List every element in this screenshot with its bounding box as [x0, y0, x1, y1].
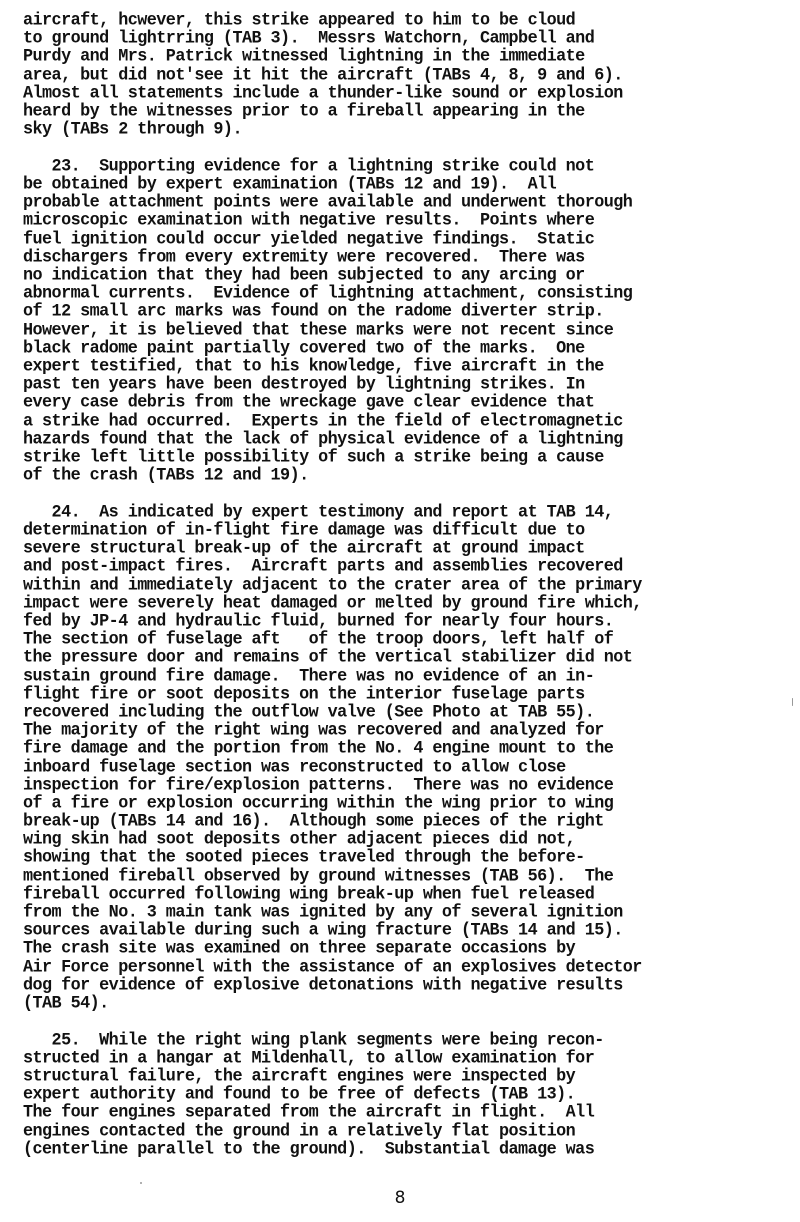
- paragraph-24: 24. As indicated by expert testimony and…: [23, 504, 793, 1013]
- text-line: the pressure door and remains of the ver…: [23, 649, 793, 668]
- text-line: sustain ground fire damage. There was no…: [23, 668, 793, 687]
- text-line: showing that the sooted pieces traveled …: [23, 849, 793, 868]
- text-line: within and immediately adjacent to the c…: [23, 577, 793, 596]
- text-line: fuel ignition could occur yielded negati…: [23, 231, 793, 250]
- text-line: of the crash (TABs 12 and 19).: [23, 467, 793, 486]
- text-line: mentioned fireball observed by ground wi…: [23, 868, 793, 887]
- page-number: 8: [0, 1188, 800, 1208]
- text-line: area, but did not'see it hit the aircraf…: [23, 67, 793, 86]
- text-line: inboard fuselage section was reconstruct…: [23, 759, 793, 778]
- text-line: microscopic examination with negative re…: [23, 212, 793, 231]
- text-line: inspection for fire/explosion patterns. …: [23, 777, 793, 796]
- text-line: every case debris from the wreckage gave…: [23, 394, 793, 413]
- text-line: sky (TABs 2 through 9).: [23, 121, 793, 140]
- paragraph-25: 25. While the right wing plank segments …: [23, 1032, 793, 1159]
- text-line: fire damage and the portion from the No.…: [23, 740, 793, 759]
- text-line: hazards found that the lack of physical …: [23, 431, 793, 450]
- paragraph-gap: [23, 139, 793, 158]
- document-page: aircraft, hcwever, this strike appeared …: [23, 12, 793, 1159]
- text-line: Air Force personnel with the assistance …: [23, 959, 793, 978]
- text-line: The crash site was examined on three sep…: [23, 940, 793, 959]
- paragraph-gap: [23, 1013, 793, 1032]
- scan-speck: [792, 698, 793, 706]
- text-line: (centerline parallel to the ground). Sub…: [23, 1141, 793, 1160]
- paragraph-23: 23. Supporting evidence for a lightning …: [23, 158, 793, 485]
- continuation: aircraft, hcwever, this strike appeared …: [23, 12, 793, 139]
- text-line: (TAB 54).: [23, 995, 793, 1014]
- text-line: 25. While the right wing plank segments …: [23, 1032, 793, 1051]
- text-line: of 12 small arc marks was found on the r…: [23, 303, 793, 322]
- text-line: engines contacted the ground in a relati…: [23, 1123, 793, 1142]
- text-line: Purdy and Mrs. Patrick witnessed lightni…: [23, 48, 793, 67]
- text-line: However, it is believed that these marks…: [23, 322, 793, 341]
- text-line: a strike had occurred. Experts in the fi…: [23, 413, 793, 432]
- paragraph-gap: [23, 485, 793, 504]
- text-line: dog for evidence of explosive detonation…: [23, 977, 793, 996]
- text-line: The four engines separated from the airc…: [23, 1104, 793, 1123]
- scan-speck: [140, 1182, 142, 1184]
- text-line: and post-impact fires. Aircraft parts an…: [23, 558, 793, 577]
